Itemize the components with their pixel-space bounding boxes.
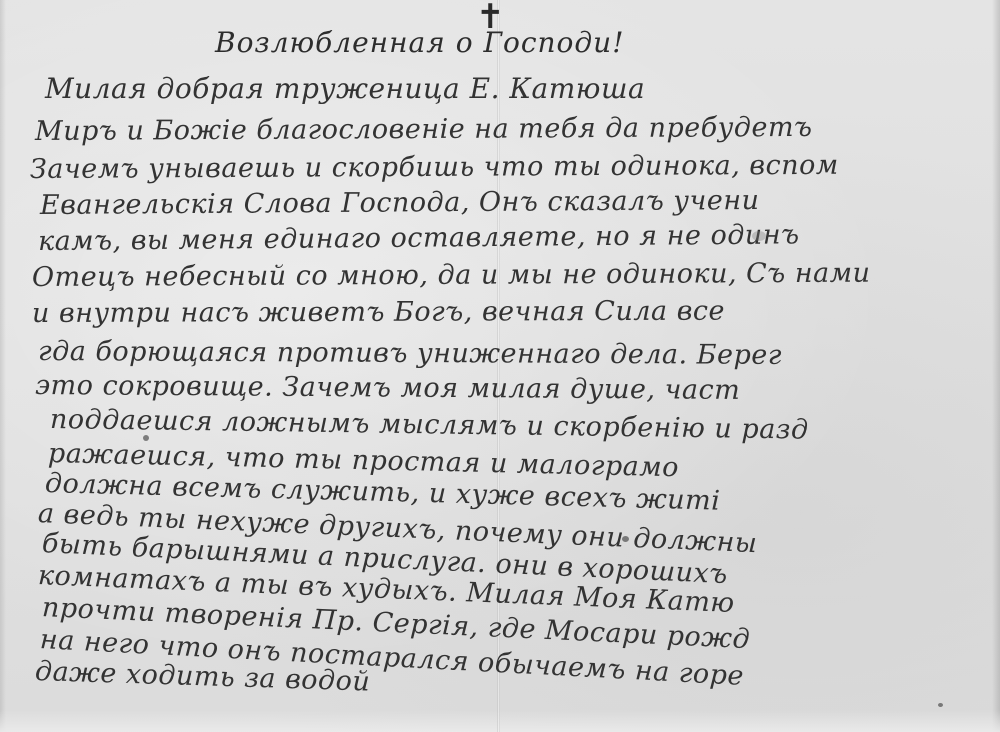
paper-edge-left bbox=[0, 0, 6, 732]
letter-line-2: Миръ и Божіе благословеніе на тебя да пр… bbox=[35, 112, 813, 147]
letter-line-9: это сокровище. Зачемъ моя милая душе, ча… bbox=[35, 370, 740, 406]
letter-line-6: Отецъ небесный со мною, да и мы не одино… bbox=[32, 258, 871, 293]
letter-line-5: камъ, вы меня единаго оставляете, но я н… bbox=[38, 219, 800, 257]
letter-line-1: Милая добрая труженица Е. Катюша bbox=[45, 72, 645, 105]
ink-spot bbox=[938, 703, 943, 707]
letter-line-3: Зачемъ унываешь и скорбишь что ты одинок… bbox=[30, 150, 839, 185]
ink-spot bbox=[622, 536, 629, 542]
ink-spot bbox=[143, 435, 149, 441]
paper-edge-right bbox=[992, 0, 1000, 732]
letter-line-7: и внутри насъ живетъ Богъ, вечная Сила в… bbox=[32, 296, 725, 329]
letter-line-4: Евангельскія Слова Господа, Онъ сказалъ … bbox=[40, 185, 760, 221]
letter-line-10: поддаешся ложнымъ мыслямъ и скорбенію и … bbox=[50, 404, 809, 446]
paper-edge-bottom bbox=[0, 710, 1000, 732]
smudge bbox=[752, 231, 766, 241]
letter-line-8: гда борющаяся противъ униженнаго дела. Б… bbox=[38, 336, 782, 371]
letter-sheet: ✝ Возлюбленная о Господи! Милая добрая т… bbox=[0, 0, 1000, 732]
salutation-heading: Возлюбленная о Господи! bbox=[215, 26, 624, 59]
